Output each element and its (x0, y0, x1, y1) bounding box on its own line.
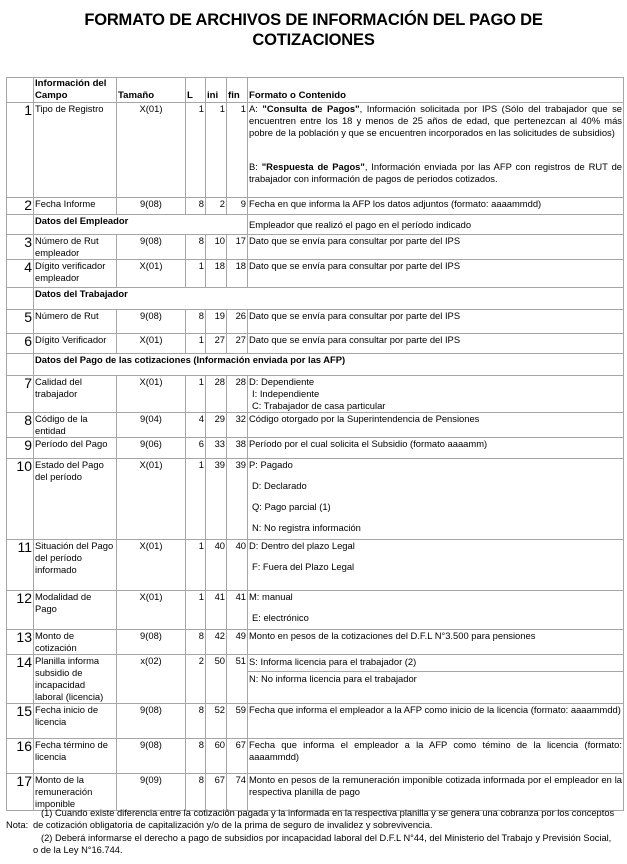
table-row: 15Fecha inicio de licencia9(08)85259Fech… (7, 704, 624, 739)
cell-formato: Fecha que informa el empleador a la AFP … (248, 739, 624, 774)
cell-fin: 67 (227, 739, 248, 774)
cell-formato: D: DependienteI: IndependienteC: Trabaja… (248, 376, 624, 413)
cell-campo: Estado del Pago del período (34, 459, 117, 540)
cell-ini: 2 (206, 198, 227, 215)
header-num (7, 78, 34, 103)
cell-l: 1 (186, 591, 206, 630)
cell-tamano: 9(08) (117, 630, 186, 655)
cell-l: 2 (186, 655, 206, 704)
formato-option: D: Declarado (249, 480, 622, 492)
cell-ini: 60 (206, 739, 227, 774)
cell-num: 8 (7, 413, 34, 438)
option-a-label: A: (249, 103, 262, 114)
table-row: 11Situación del Pago del período informa… (7, 540, 624, 591)
cell-formato: M: manualE: electrónico (248, 591, 624, 630)
cell-tamano: 9(08) (117, 198, 186, 215)
table-row: 8Código de la entidad9(04)42932Código ot… (7, 413, 624, 438)
cell-num (7, 354, 34, 376)
table-row: 5Número de Rut9(08)81926Dato que se enví… (7, 310, 624, 334)
formato-option-a: A: "Consulta de Pagos", Información soli… (249, 103, 622, 139)
cell-ini: 28 (206, 376, 227, 413)
table-row: 16Fecha término de licencia9(08)86067Fec… (7, 739, 624, 774)
note-1: (1) Cuando existe diferencia entre la co… (33, 808, 618, 831)
cell-formato: Monto en pesos de la remuneración imponi… (248, 774, 624, 811)
cell-tamano: 9(08) (117, 704, 186, 739)
cell-ini: 10 (206, 235, 227, 260)
formato-option: N: No informa licencia para el trabajado… (248, 672, 623, 694)
cell-l: 8 (186, 739, 206, 774)
section-row: Datos del EmpleadorEmpleador que realizó… (7, 215, 624, 235)
section-row: Datos del Pago de las cotizaciones (Info… (7, 354, 624, 376)
cell-formato: S: Informa licencia para el trabajador (… (248, 655, 624, 704)
cell-num: 14 (7, 655, 34, 704)
note-2: (2) Deberá informarse el derecho a pago … (33, 833, 618, 856)
cell-tamano: 9(08) (117, 235, 186, 260)
header-l: L (186, 78, 206, 103)
cell-campo: Número de Rut (34, 310, 117, 334)
cell-ini: 29 (206, 413, 227, 438)
cell-l: 4 (186, 413, 206, 438)
cell-l: 6 (186, 438, 206, 459)
option-b-name: "Respuesta de Pagos" (262, 161, 365, 172)
cell-tamano: X(01) (117, 103, 186, 198)
cell-num: 13 (7, 630, 34, 655)
formato-option: I: Independiente (249, 388, 622, 400)
cell-formato: Período por el cual solicita el Subsidio… (248, 438, 624, 459)
cell-tamano: X(01) (117, 591, 186, 630)
formato-option: N: No registra información (249, 522, 622, 534)
cell-tamano: 9(04) (117, 413, 186, 438)
table-row: 14Planilla informa subsidio de incapacid… (7, 655, 624, 704)
cell-l: 1 (186, 376, 206, 413)
cell-fin: 51 (227, 655, 248, 704)
cell-tamano: X(01) (117, 459, 186, 540)
cell-ini: 52 (206, 704, 227, 739)
header-formato: Formato o Contenido (248, 78, 624, 103)
cell-ini: 19 (206, 310, 227, 334)
cell-num: 6 (7, 334, 34, 354)
cell-campo: Código de la entidad (34, 413, 117, 438)
cell-ini: 41 (206, 591, 227, 630)
cell-l: 1 (186, 260, 206, 288)
cell-fin: 32 (227, 413, 248, 438)
cell-fin: 49 (227, 630, 248, 655)
cell-num: 10 (7, 459, 34, 540)
document-title: FORMATO DE ARCHIVOS DE INFORMACIÓN DEL P… (0, 10, 627, 50)
table-row: 13Monto de cotización9(08)84249Monto en … (7, 630, 624, 655)
table-header-row: Información del Campo Tamaño L ini fin F… (7, 78, 624, 103)
table-row: 17Monto de la remuneración imponible9(09… (7, 774, 624, 811)
cell-campo: Monto de cotización (34, 630, 117, 655)
cell-ini: 67 (206, 774, 227, 811)
cell-tamano: 9(06) (117, 438, 186, 459)
cell-num: 3 (7, 235, 34, 260)
cell-tamano: 9(08) (117, 739, 186, 774)
notes: Nota: (1) Cuando existe diferencia entre… (6, 808, 618, 856)
option-b-label: B: (249, 161, 262, 172)
cell-campo: Fecha Informe (34, 198, 117, 215)
cell-ini: 1 (206, 103, 227, 198)
formato-option-b: B: "Respuesta de Pagos", Información env… (249, 161, 622, 185)
table-row: 6Dígito VerificadorX(01)12727Dato que se… (7, 334, 624, 354)
cell-campo: Dígito Verificador (34, 334, 117, 354)
cell-num: 4 (7, 260, 34, 288)
cell-campo: Tipo de Registro (34, 103, 117, 198)
cell-campo: Calidad del trabajador (34, 376, 117, 413)
table-row: 2Fecha Informe9(08)829Fecha en que infor… (7, 198, 624, 215)
header-tamano: Tamaño (117, 78, 186, 103)
cell-ini: 27 (206, 334, 227, 354)
cell-tamano: 9(08) (117, 310, 186, 334)
cell-tamano: X(01) (117, 260, 186, 288)
table-row: 3Número de Rut empleador9(08)81017Dato q… (7, 235, 624, 260)
cell-ini: 33 (206, 438, 227, 459)
cell-campo: Situación del Pago del período informado (34, 540, 117, 591)
cell-formato: Dato que se envía para consultar por par… (248, 260, 624, 288)
cell-fin: 59 (227, 704, 248, 739)
cell-num: 5 (7, 310, 34, 334)
cell-ini: 18 (206, 260, 227, 288)
cell-num: 9 (7, 438, 34, 459)
cell-tamano: x(02) (117, 655, 186, 704)
cell-num (7, 288, 34, 310)
title-line-2: COTIZACIONES (0, 30, 627, 50)
cell-num: 7 (7, 376, 34, 413)
table-row: 4Dígito verificador empleadorX(01)11818D… (7, 260, 624, 288)
section-row: Datos del Trabajador (7, 288, 624, 310)
cell-fin: 26 (227, 310, 248, 334)
cell-formato: Monto en pesos de la cotizaciones del D.… (248, 630, 624, 655)
cell-fin: 41 (227, 591, 248, 630)
cell-l: 8 (186, 310, 206, 334)
cell-num: 17 (7, 774, 34, 811)
header-fin: fin (227, 78, 248, 103)
cell-campo: Modalidad de Pago (34, 591, 117, 630)
title-line-1: FORMATO DE ARCHIVOS DE INFORMACIÓN DEL P… (0, 10, 627, 30)
cell-num (7, 215, 34, 235)
cell-ini: 50 (206, 655, 227, 704)
header-campo: Información del Campo (34, 78, 117, 103)
cell-tamano: X(01) (117, 334, 186, 354)
table-row: 12Modalidad de PagoX(01)14141M: manualE:… (7, 591, 624, 630)
cell-formato: A: "Consulta de Pagos", Información soli… (248, 103, 624, 198)
cell-formato: Dato que se envía para consultar por par… (248, 334, 624, 354)
formato-option: E: electrónico (249, 612, 622, 624)
cell-l: 1 (186, 459, 206, 540)
cell-fin: 17 (227, 235, 248, 260)
cell-fin: 9 (227, 198, 248, 215)
cell-l: 1 (186, 334, 206, 354)
cell-campo: Período del Pago (34, 438, 117, 459)
cell-num: 16 (7, 739, 34, 774)
table-row: 1Tipo de RegistroX(01)111A: "Consulta de… (7, 103, 624, 198)
notes-label: Nota: (6, 820, 28, 832)
cell-num: 15 (7, 704, 34, 739)
cell-campo: Fecha término de licencia (34, 739, 117, 774)
format-table: Información del Campo Tamaño L ini fin F… (6, 77, 624, 811)
cell-formato: Fecha en que informa la AFP los datos ad… (248, 198, 624, 215)
cell-tamano: X(01) (117, 540, 186, 591)
cell-formato: Dato que se envía para consultar por par… (248, 310, 624, 334)
table-row: 10Estado del Pago del períodoX(01)13939P… (7, 459, 624, 540)
cell-campo: Monto de la remuneración imponible (34, 774, 117, 811)
cell-tamano: X(01) (117, 376, 186, 413)
section-title: Datos del Empleador (34, 215, 248, 235)
cell-num: 11 (7, 540, 34, 591)
cell-formato: Código otorgado por la Superintendencia … (248, 413, 624, 438)
cell-campo: Dígito verificador empleador (34, 260, 117, 288)
table-row: 7Calidad del trabajadorX(01)12828D: Depe… (7, 376, 624, 413)
cell-fin: 28 (227, 376, 248, 413)
cell-ini: 40 (206, 540, 227, 591)
formato-option: D: Dentro del plazo Legal (249, 540, 622, 552)
cell-l: 1 (186, 103, 206, 198)
cell-formato: Dato que se envía para consultar por par… (248, 235, 624, 260)
cell-fin: 38 (227, 438, 248, 459)
formato-option: F: Fuera del Plazo Legal (249, 561, 622, 573)
cell-l: 8 (186, 630, 206, 655)
header-ini: ini (206, 78, 227, 103)
cell-fin: 40 (227, 540, 248, 591)
cell-formato: D: Dentro del plazo LegalF: Fuera del Pl… (248, 540, 624, 591)
cell-formato: P: PagadoD: DeclaradoQ: Pago parcial (1)… (248, 459, 624, 540)
formato-option: D: Dependiente (249, 376, 622, 388)
cell-l: 8 (186, 235, 206, 260)
section-title: Datos del Trabajador (34, 288, 624, 310)
cell-num: 2 (7, 198, 34, 215)
cell-formato: Empleador que realizó el pago en el perí… (248, 215, 624, 235)
cell-fin: 18 (227, 260, 248, 288)
cell-fin: 27 (227, 334, 248, 354)
cell-l: 1 (186, 540, 206, 591)
table-row: 9Período del Pago9(06)63338Período por e… (7, 438, 624, 459)
cell-formato: Fecha que informa el empleador a la AFP … (248, 704, 624, 739)
formato-option: Q: Pago parcial (1) (249, 501, 622, 513)
cell-num: 12 (7, 591, 34, 630)
section-title: Datos del Pago de las cotizaciones (Info… (34, 354, 624, 376)
cell-fin: 1 (227, 103, 248, 198)
cell-l: 8 (186, 774, 206, 811)
cell-ini: 39 (206, 459, 227, 540)
formato-option: S: Informa licencia para el trabajador (… (248, 655, 623, 672)
cell-campo: Planilla informa subsidio de incapacidad… (34, 655, 117, 704)
cell-campo: Fecha inicio de licencia (34, 704, 117, 739)
formato-option: P: Pagado (249, 459, 622, 471)
cell-fin: 39 (227, 459, 248, 540)
cell-ini: 42 (206, 630, 227, 655)
option-a-name: "Consulta de Pagos" (262, 103, 359, 114)
cell-fin: 74 (227, 774, 248, 811)
cell-campo: Número de Rut empleador (34, 235, 117, 260)
formato-option: C: Trabajador de casa particular (249, 400, 622, 412)
cell-l: 8 (186, 704, 206, 739)
cell-l: 8 (186, 198, 206, 215)
cell-num: 1 (7, 103, 34, 198)
cell-tamano: 9(09) (117, 774, 186, 811)
formato-option: M: manual (249, 591, 622, 603)
